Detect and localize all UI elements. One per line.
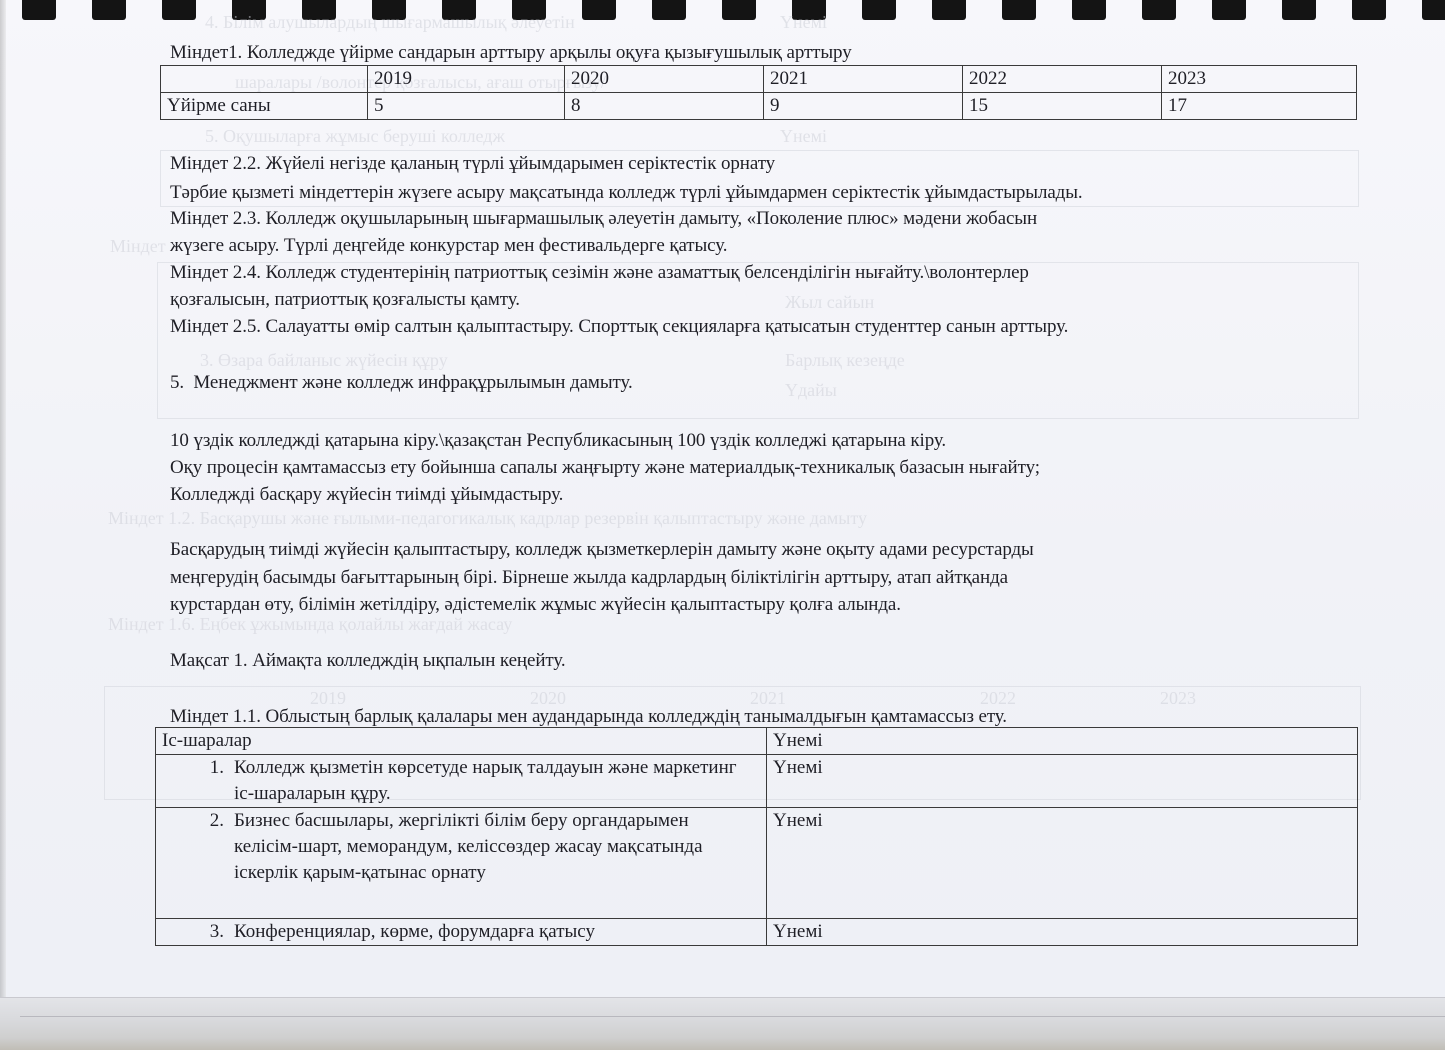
table-cell: Үйірме саны bbox=[161, 93, 368, 120]
binding-hole bbox=[1072, 0, 1106, 20]
table-cell: Іс-шаралар bbox=[156, 728, 767, 755]
table-cell: 2020 bbox=[565, 66, 764, 93]
ghost-text: Міндет 1.6. Еңбек ұжымында қолайлы жағда… bbox=[108, 614, 512, 635]
item-number: 2. bbox=[162, 808, 234, 886]
ghost-text: Жыл сайын bbox=[785, 292, 874, 313]
task-2-2-heading: Міндет 2.2. Жүйелі негізде қаланың түрлі… bbox=[170, 151, 775, 176]
table-header-row: Іс-шаралар Үнемі bbox=[156, 728, 1358, 755]
item-text: Бизнес басшылары, жергілікті білім беру … bbox=[234, 808, 704, 886]
binding-hole bbox=[1142, 0, 1176, 20]
table-cell: Үнемі bbox=[767, 755, 1358, 808]
binding-hole bbox=[652, 0, 686, 20]
scanner-bottom-edge bbox=[0, 997, 1445, 1050]
table-cell: 5 bbox=[368, 93, 565, 120]
item-text: Колледж қызметін көрсетуде нарық талдауы… bbox=[234, 755, 760, 807]
binding-hole bbox=[1352, 0, 1386, 20]
table-cell: 2019 bbox=[368, 66, 565, 93]
section-title: Менеджмент және колледж инфрақұрылымын д… bbox=[193, 372, 632, 393]
ghost-text: 3. Өзара байланыс жүйесін құру bbox=[200, 350, 448, 371]
table-cell: 2021 bbox=[764, 66, 963, 93]
binding-hole bbox=[162, 0, 196, 20]
paragraph: жүзеге асыру. Түрлі деңгейде конкурстар … bbox=[170, 233, 727, 258]
table-cell: 1. Колледж қызметін көрсетуде нарық талд… bbox=[156, 755, 767, 808]
paragraph: курстардан өту, білімін жетілдіру, әдіст… bbox=[170, 592, 901, 617]
item-text: Конференциялар, көрме, форумдарға қатысу bbox=[234, 919, 595, 945]
table-cell: 17 bbox=[1162, 93, 1357, 120]
task-1-1-heading: Міндет 1.1. Облыстың барлық қалалары мен… bbox=[170, 704, 1007, 729]
binding-hole bbox=[862, 0, 896, 20]
table-row: 2. Бизнес басшылары, жергілікті білім бе… bbox=[156, 808, 1358, 919]
paragraph: Колледжді басқару жүйесін тиімді ұйымдас… bbox=[170, 482, 563, 507]
table-row: Үйірме саны 5 8 9 15 17 bbox=[161, 93, 1357, 120]
ghost-table bbox=[157, 262, 1359, 419]
ghost-text: Үдайы bbox=[785, 380, 837, 401]
table-cell: Үнемі bbox=[767, 919, 1358, 946]
table-cell: Үнемі bbox=[767, 808, 1358, 919]
section-5-heading: 5. Менеджмент және колледж инфрақұрылымы… bbox=[170, 370, 633, 395]
paragraph: Тәрбие қызметі міндеттерін жүзеге асыру … bbox=[170, 180, 1083, 205]
ghost-text: Міндет 1.2. Басқарушы және ғылыми-педаго… bbox=[108, 508, 867, 529]
paragraph: Оқу процесін қамтамассыз ету бойынша сап… bbox=[170, 455, 1040, 480]
section-number: 5. bbox=[170, 372, 184, 393]
item-number: 1. bbox=[162, 755, 234, 807]
table-cell: 3. Конференциялар, көрме, форумдарға қат… bbox=[156, 919, 767, 946]
item-number: 3. bbox=[162, 919, 234, 945]
table-header-row: 2019 2020 2021 2022 2023 bbox=[161, 66, 1357, 93]
page-shadow-edge bbox=[0, 0, 6, 1050]
table-cell: 8 bbox=[565, 93, 764, 120]
activities-table: Іс-шаралар Үнемі 1. Колледж қызметін көр… bbox=[155, 727, 1358, 946]
task-2-4-heading: Міндет 2.4. Колледж студентерінің патрио… bbox=[170, 260, 1029, 285]
table-cell: 2. Бизнес басшылары, жергілікті білім бе… bbox=[156, 808, 767, 919]
paragraph: 10 үздік колледжді қатарына кіру.\қазақс… bbox=[170, 428, 946, 453]
ghost-text: 5. Оқушыларға жұмыс беруші колледж bbox=[205, 126, 505, 147]
binding-hole bbox=[722, 0, 756, 20]
binding-hole bbox=[92, 0, 126, 20]
table-cell bbox=[161, 66, 368, 93]
club-count-table: 2019 2020 2021 2022 2023 Үйірме саны 5 8… bbox=[160, 65, 1357, 120]
paragraph: Басқарудың тиімді жүйесін қалыптастыру, … bbox=[170, 537, 1034, 562]
ghost-text: 4. Білім алушылардың шығармашылық әлеует… bbox=[205, 12, 575, 33]
table-cell: Үнемі bbox=[767, 728, 1358, 755]
goal-1-heading: Мақсат 1. Аймақта колледждің ықпалын кең… bbox=[170, 648, 566, 673]
table-row: 1. Колледж қызметін көрсетуде нарық талд… bbox=[156, 755, 1358, 808]
task-2-3-heading: Міндет 2.3. Колледж оқушыларының шығарма… bbox=[170, 206, 1037, 231]
binding-hole bbox=[1282, 0, 1316, 20]
paragraph: меңгерудің басымды бағыттарының бірі. Бі… bbox=[170, 565, 1008, 590]
binding-hole bbox=[1422, 0, 1445, 20]
binding-hole bbox=[582, 0, 616, 20]
binding-hole bbox=[1212, 0, 1246, 20]
paragraph: қозғалысын, патриоттық қозғалысты қамту. bbox=[170, 287, 520, 312]
task-2-5-heading: Міндет 2.5. Салауатты өмір салтын қалыпт… bbox=[170, 314, 1068, 339]
binding-hole bbox=[932, 0, 966, 20]
table-cell: 2023 bbox=[1162, 66, 1357, 93]
table-cell: 2022 bbox=[963, 66, 1162, 93]
ghost-text: Үнемі bbox=[780, 126, 827, 147]
table-cell: 15 bbox=[963, 93, 1162, 120]
table-cell: 9 bbox=[764, 93, 963, 120]
table-row: 3. Конференциялар, көрме, форумдарға қат… bbox=[156, 919, 1358, 946]
ghost-text: Барлық кезеңде bbox=[785, 350, 905, 371]
ghost-text: 2023 bbox=[1160, 688, 1196, 709]
ghost-text: Міндет bbox=[110, 236, 166, 257]
binding-hole bbox=[22, 0, 56, 20]
task1-heading: Міндет1. Колледжде үйірме сандарын артты… bbox=[170, 40, 852, 65]
ghost-text: Үнемі bbox=[780, 12, 827, 33]
binding-hole bbox=[1002, 0, 1036, 20]
